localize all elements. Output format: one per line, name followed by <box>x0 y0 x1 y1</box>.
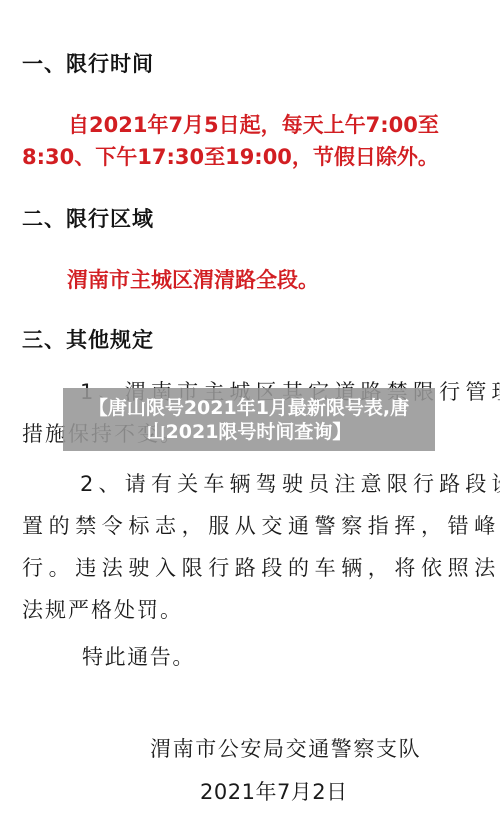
section-heading-time: 一、限行时间 <box>22 52 154 76</box>
issue-date: 2021年7月2日 <box>200 780 348 804</box>
restriction-area-line: 渭南市主城区渭清路全段。 <box>67 268 319 292</box>
other-rule-2-line-1: 2、请有关车辆驾驶员注意限行路段设 <box>80 472 500 496</box>
closing-statement: 特此通告。 <box>82 645 195 669</box>
restriction-time-line-1: 自2021年7月5日起，每天上午7:00至 <box>68 113 439 137</box>
banner-line-2: 山2021限号时间查询】 <box>69 420 429 444</box>
issuer-name: 渭南市公安局交通警察支队 <box>150 737 421 761</box>
title-overlay-banner: 【唐山限号2021年1月最新限号表,唐 山2021限号时间查询】 <box>63 388 435 451</box>
section-heading-other: 三、其他规定 <box>22 328 154 352</box>
banner-line-1: 【唐山限号2021年1月最新限号表,唐 <box>69 396 429 420</box>
restriction-time-line-2: 8:30、下午17:30至19:00，节假日除外。 <box>22 145 439 169</box>
other-rule-2-line-4: 法规严格处罚。 <box>22 598 183 622</box>
section-heading-area: 二、限行区域 <box>22 207 154 231</box>
other-rule-2-line-3: 行。违法驶入限行路段的车辆，将依照法律 <box>22 556 500 580</box>
other-rule-2-line-2: 置的禁令标志，服从交通警察指挥，错峰出 <box>22 514 500 538</box>
